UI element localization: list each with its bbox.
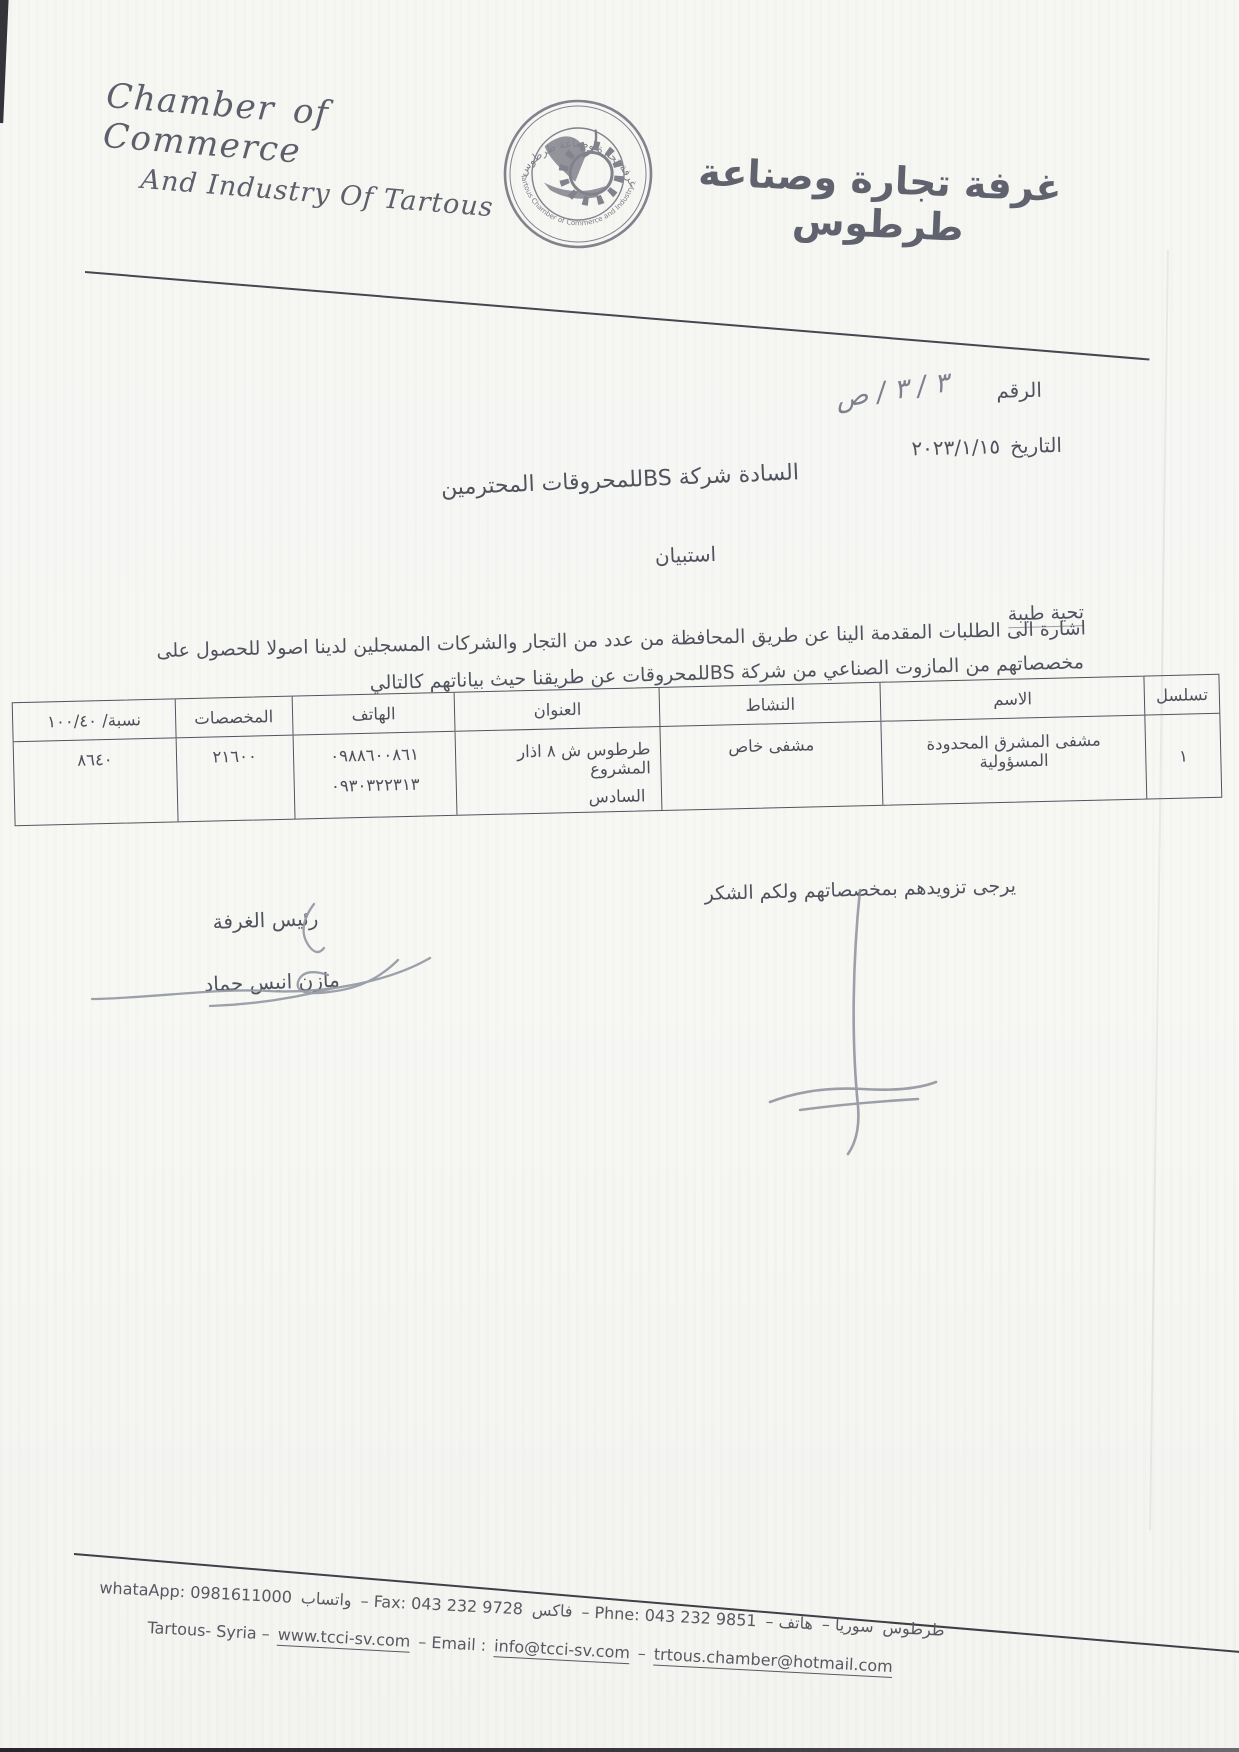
allocations-table: تسلسل الاسم النشاط العنوان الهاتف المخصص… [12, 674, 1223, 826]
footer-dash: – [637, 1644, 646, 1663]
cell-name: مشفى المشرق المحدودة المسؤولية [881, 716, 1147, 805]
cell-allocations: ٢١٦٠٠ [175, 736, 294, 822]
cell-phone: ٠٩٨٨٦٠٠٨٦١ ٠٩٣٠٣٢٢٣١٣ [292, 732, 457, 819]
footer-whatsapp: whataApp: 0981611000 [99, 1578, 292, 1607]
chamber-seal-stamp: غرفة تجارة وصناعة طرطوس Tartous Chamber … [490, 86, 666, 262]
header-serial: تسلسل [1144, 675, 1220, 715]
handwritten-signature-scribble [62, 888, 482, 1038]
cell-phone-line2: ٠٩٣٠٣٢٢٣١٣ [304, 774, 446, 796]
footer-whatsapp-arabic-label: واتساب [300, 1588, 352, 1610]
footer-fax: – Fax: 043 232 9728 [360, 1591, 523, 1618]
cell-phone-line1: ٠٩٨٨٦٠٠٨٦١ [303, 744, 445, 766]
header-phone: الهاتف [291, 693, 455, 735]
reference-number-row: الرقم ٣ / ٣ / ص [690, 378, 1043, 418]
footer-email2-link: trtous.chamber@hotmail.com [653, 1645, 893, 1678]
paper-fold-line [1149, 250, 1169, 1530]
footer-phone-arabic-label: هاتف – [765, 1612, 813, 1633]
cell-address: طرطوس ش ٨ اذار المشروع السادس [455, 727, 662, 815]
header-address: العنوان [454, 688, 660, 731]
footer-tartous-arabic: طرطوس [882, 1618, 945, 1640]
footer-website-link: www.tcci-sv.com [277, 1625, 411, 1653]
scanned-letter-page: Chamber of Commerce And Industry Of Tart… [0, 0, 1239, 1752]
cell-address-line2: السادس [467, 786, 651, 809]
signature-flourish-stroke [92, 958, 430, 999]
pen-check-mark [738, 878, 978, 1178]
header-name: الاسم [880, 677, 1145, 721]
date-label: التاريخ [1010, 433, 1062, 458]
header-divider-rule [85, 271, 1150, 361]
header-allocations: المخصصات [174, 697, 292, 738]
header-activity: النشاط [659, 683, 881, 726]
footer-email-label: – Email : [418, 1632, 487, 1655]
cell-serial: ١ [1145, 714, 1222, 799]
header-ratio: نسبة/ ١٠٠/٤٠ [13, 699, 175, 741]
signature-hook-stroke [304, 904, 324, 952]
footer-syria-arabic: سوريا – [821, 1615, 874, 1637]
footer-fax-arabic-label: فاكس [532, 1600, 573, 1621]
footer-email-link: info@tcci-sv.com [494, 1636, 631, 1664]
footer-location: Tartous- Syria – [147, 1618, 270, 1643]
reference-number-label: الرقم [996, 378, 1042, 403]
footer-phone: – Phne: 043 232 9851 [581, 1602, 757, 1630]
scan-edge-artifact-top-left [0, 0, 9, 123]
scan-edge-artifact-bottom [0, 1748, 1239, 1752]
reference-number-handwritten-value: ٣ / ٣ / ص [834, 367, 952, 414]
cell-activity: مشفى خاص [660, 722, 883, 810]
subject-line: استبيان [583, 539, 789, 570]
cell-address-line1: طرطوس ش ٨ اذار المشروع [466, 739, 651, 781]
cell-ratio: ٨٦٤٠ [14, 738, 178, 825]
pen-vertical-stroke [848, 890, 860, 1154]
recipient-line: السادة شركة BSللمحروقات المحترمين [398, 458, 843, 502]
letterhead-arabic-title: غرفة تجارة وصناعة طرطوس [686, 149, 1072, 254]
date-value: ٢٠٢٣/١/١٥ [911, 434, 1000, 460]
